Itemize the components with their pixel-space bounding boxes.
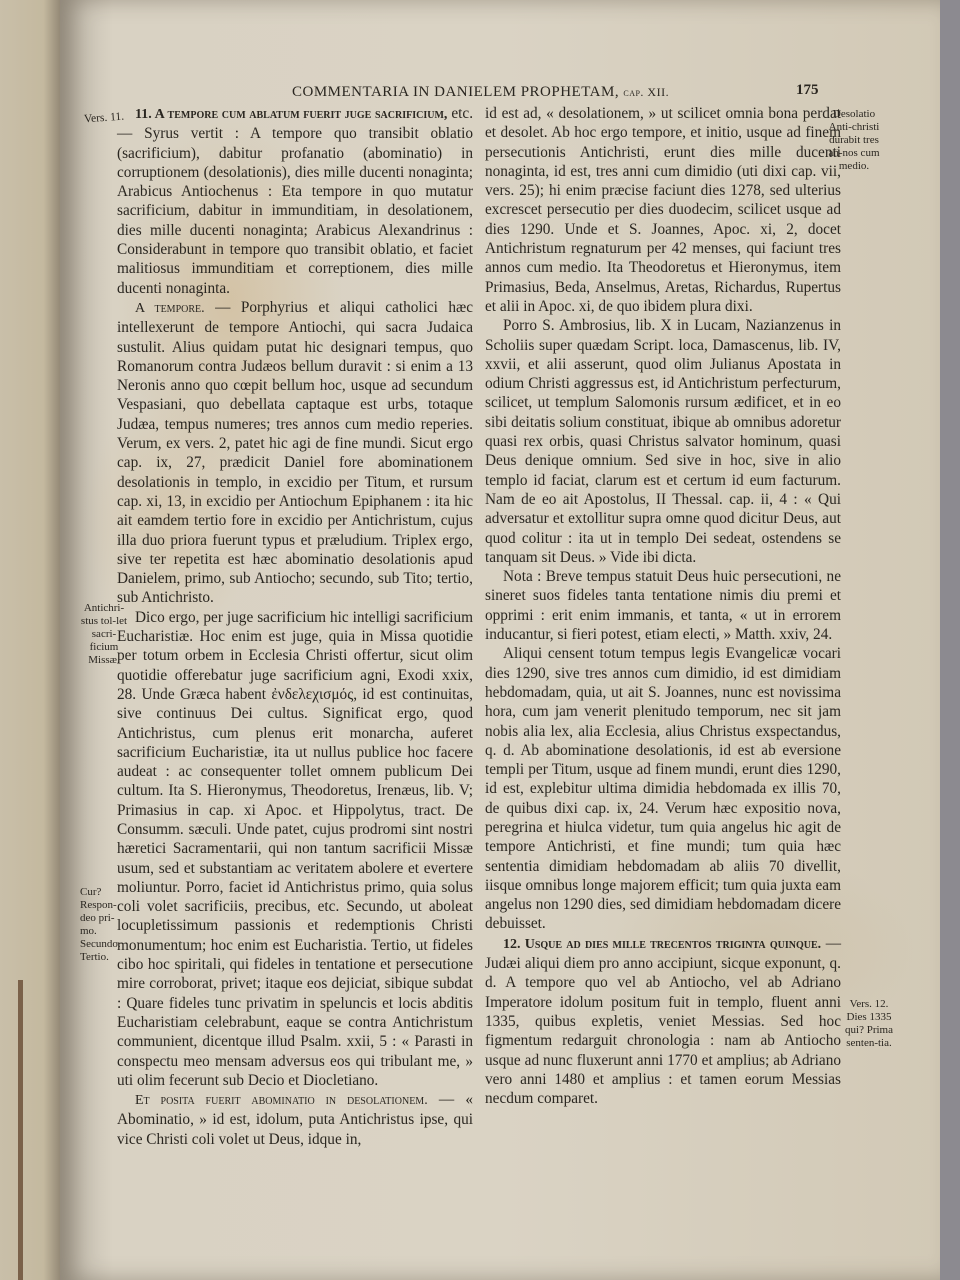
background-surface (940, 0, 960, 1280)
paragraph-dico-ergo: Dico ergo, per juge sacrificium hic inte… (117, 608, 473, 1090)
paragraph-continuation: id est ad, « desolationem, » ut scilicet… (485, 104, 841, 316)
paragraph-text: etc. — Syrus vertit : A tempore quo tran… (117, 105, 473, 297)
running-head-title: COMMENTARIA IN DANIELEM PROPHETAM, (292, 84, 619, 100)
paragraph-a-tempore: A tempore. — Porphyrius et aliqui cathol… (117, 298, 473, 608)
paragraph-verse-12: 12. Usque ad dies mille trecentos trigin… (485, 934, 841, 1109)
paragraph-text: — Judæi aliqui diem pro anno accipiunt, … (485, 935, 841, 1107)
lemma: A tempore. (135, 301, 205, 316)
lemma: Et posita fuerit abominatio in desolatio… (135, 1093, 428, 1108)
margin-note-vers-12: Vers. 12. Dies 1335 qui? Prima senten-ti… (842, 998, 896, 1050)
facing-page-edge (0, 0, 62, 1280)
verse-lemma: 12. Usque ad dies mille trecentos trigin… (503, 937, 821, 952)
verse-lemma: 11. A tempore cum ablatum fuerit juge sa… (135, 107, 447, 122)
running-head-chapter: cap. XII. (623, 85, 669, 99)
paragraph-et-posita: Et posita fuerit abominatio in desolatio… (117, 1090, 473, 1149)
right-text-column: id est ad, « desolationem, » ut scilicet… (485, 104, 841, 1108)
binding-edge (18, 980, 23, 1280)
running-head: COMMENTARIA IN DANIELEM PROPHETAM, cap. … (292, 84, 792, 101)
left-text-column: 11. A tempore cum ablatum fuerit juge sa… (117, 104, 473, 1149)
paragraph-verse-11: 11. A tempore cum ablatum fuerit juge sa… (117, 104, 473, 298)
paragraph-aliqui-censent: Aliqui censent totum tempus legis Evange… (485, 644, 841, 933)
paragraph-porro-ambrosius: Porro S. Ambrosius, lib. X in Lucam, Naz… (485, 316, 841, 567)
page-number: 175 (796, 82, 819, 99)
paragraph-text: — Porphyrius et aliqui catholici hæc int… (117, 299, 473, 606)
paragraph-nota: Nota : Breve tempus statuit Deus huic pe… (485, 567, 841, 644)
